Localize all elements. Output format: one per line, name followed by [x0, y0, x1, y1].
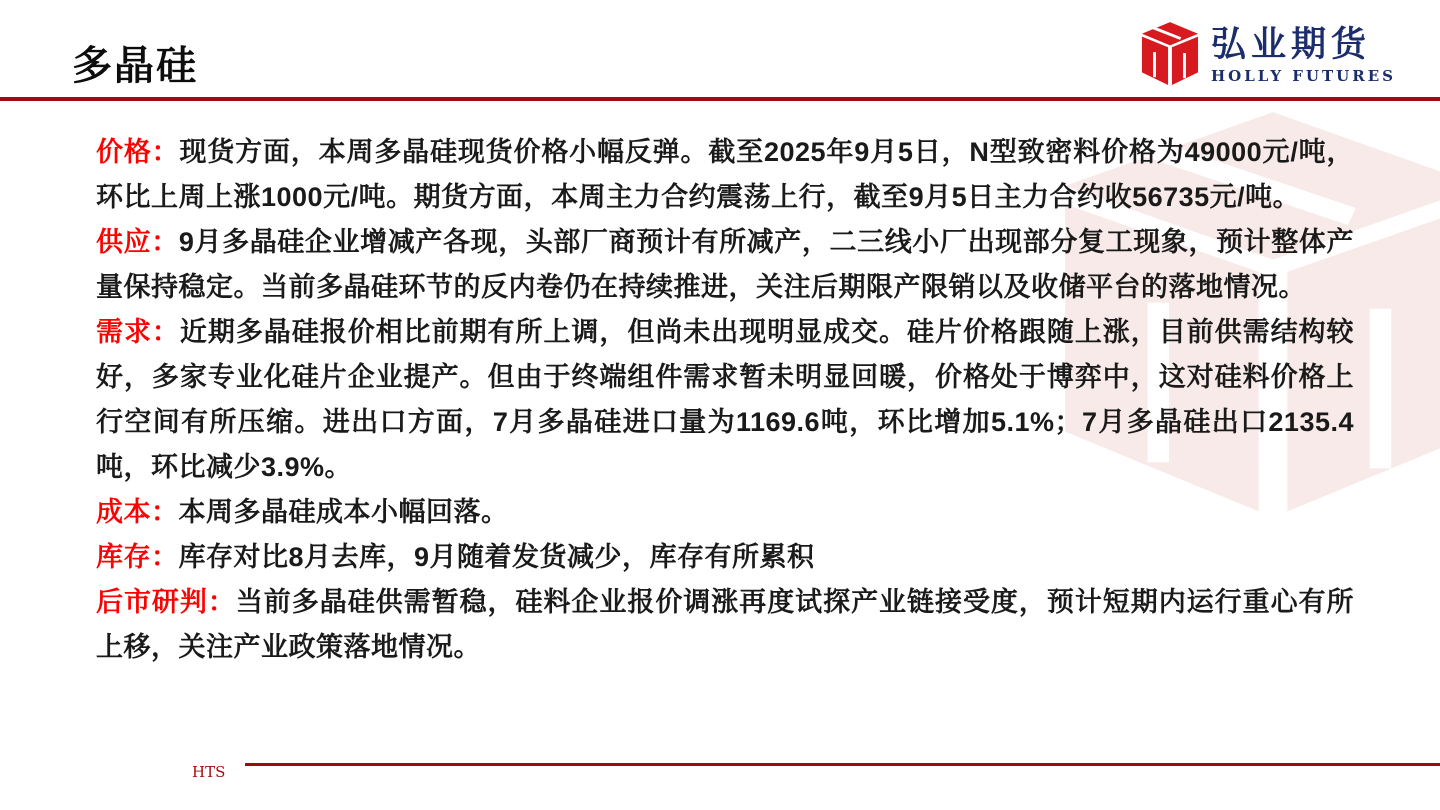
section-supply-text: 9月多晶硅企业增减产各现，头部厂商预计有所减产，二三线小厂出现部分复工现象，预计… [96, 227, 1354, 302]
section-inventory-label: 库存： [96, 542, 179, 572]
section-demand-text: 近期多晶硅报价相比前期有所上调，但尚未出现明显成交。硅片价格跟随上涨，目前供需结… [96, 317, 1354, 482]
section-price-text: 现货方面，本周多晶硅现货价格小幅反弹。截至2025年9月5日，N型致密料价格为4… [96, 137, 1354, 212]
logo-cube-icon [1141, 20, 1199, 90]
section-outlook: 后市研判：当前多晶硅供需暂稳，硅料企业报价调涨再度试探产业链接受度，预计短期内运… [96, 580, 1354, 670]
header-bar: 多晶硅 弘业期货 HOLLY FUTURES [0, 0, 1440, 101]
logo-company-subtitle: HOLLY FUTURES [1211, 67, 1396, 85]
section-outlook-text: 当前多晶硅供需暂稳，硅料企业报价调涨再度试探产业链接受度，预计短期内运行重心有所… [96, 587, 1354, 662]
section-cost: 成本：本周多晶硅成本小幅回落。 [96, 490, 1354, 535]
logo-text: 弘业期货 HOLLY FUTURES [1211, 25, 1396, 85]
footer-divider [245, 763, 1440, 766]
section-supply: 供应：9月多晶硅企业增减产各现，头部厂商预计有所减产，二三线小厂出现部分复工现象… [96, 220, 1354, 310]
slide-page: 多晶硅 弘业期货 HOLLY FUTURES 价格：现货方面，本周多晶硅现货价格… [0, 0, 1440, 810]
company-logo: 弘业期货 HOLLY FUTURES [1141, 20, 1396, 90]
section-demand-label: 需求： [96, 317, 180, 347]
section-cost-text: 本周多晶硅成本小幅回落。 [179, 497, 509, 527]
report-content: 价格：现货方面，本周多晶硅现货价格小幅反弹。截至2025年9月5日，N型致密料价… [96, 130, 1354, 670]
page-title: 多晶硅 [72, 34, 198, 91]
section-demand: 需求：近期多晶硅报价相比前期有所上调，但尚未出现明显成交。硅片价格跟随上涨，目前… [96, 310, 1354, 490]
section-inventory: 库存：库存对比8月去库，9月随着发货减少，库存有所累积 [96, 535, 1354, 580]
section-price: 价格：现货方面，本周多晶硅现货价格小幅反弹。截至2025年9月5日，N型致密料价… [96, 130, 1354, 220]
section-price-label: 价格： [96, 137, 180, 167]
section-inventory-text: 库存对比8月去库，9月随着发货减少，库存有所累积 [179, 542, 815, 572]
section-outlook-label: 后市研判： [96, 587, 236, 617]
section-cost-label: 成本： [96, 497, 179, 527]
section-supply-label: 供应： [96, 227, 179, 257]
logo-company-name: 弘业期货 [1211, 25, 1371, 65]
footer-brand: HTS [192, 763, 225, 781]
